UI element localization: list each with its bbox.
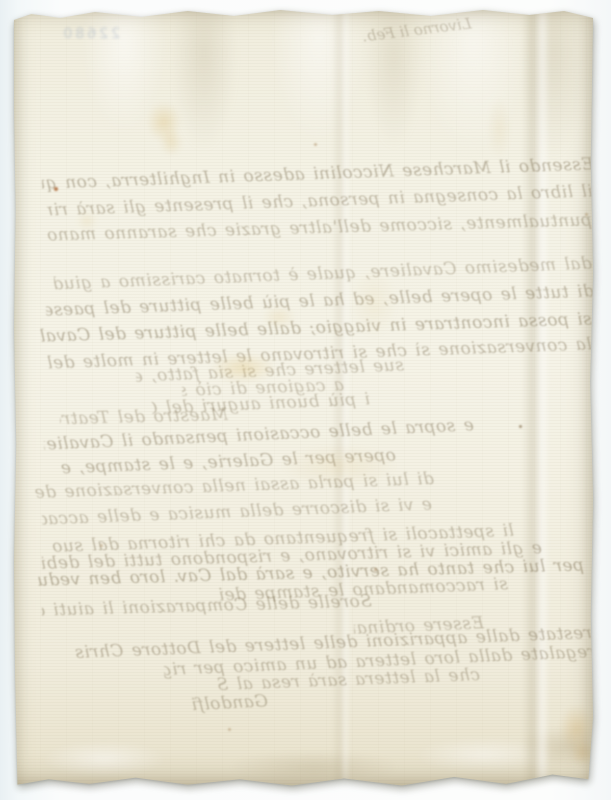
letter-paper-wrapper: 22680 Livorno li Feb. Essendo il Marches… [14,8,593,787]
letter-paper: 22680 Livorno li Feb. Essendo il Marches… [14,8,593,787]
edge-vignette [14,8,593,787]
ink-speck [597,651,604,658]
scan-background: { "colors":{ "surround_background":"#f3f… [0,0,611,800]
